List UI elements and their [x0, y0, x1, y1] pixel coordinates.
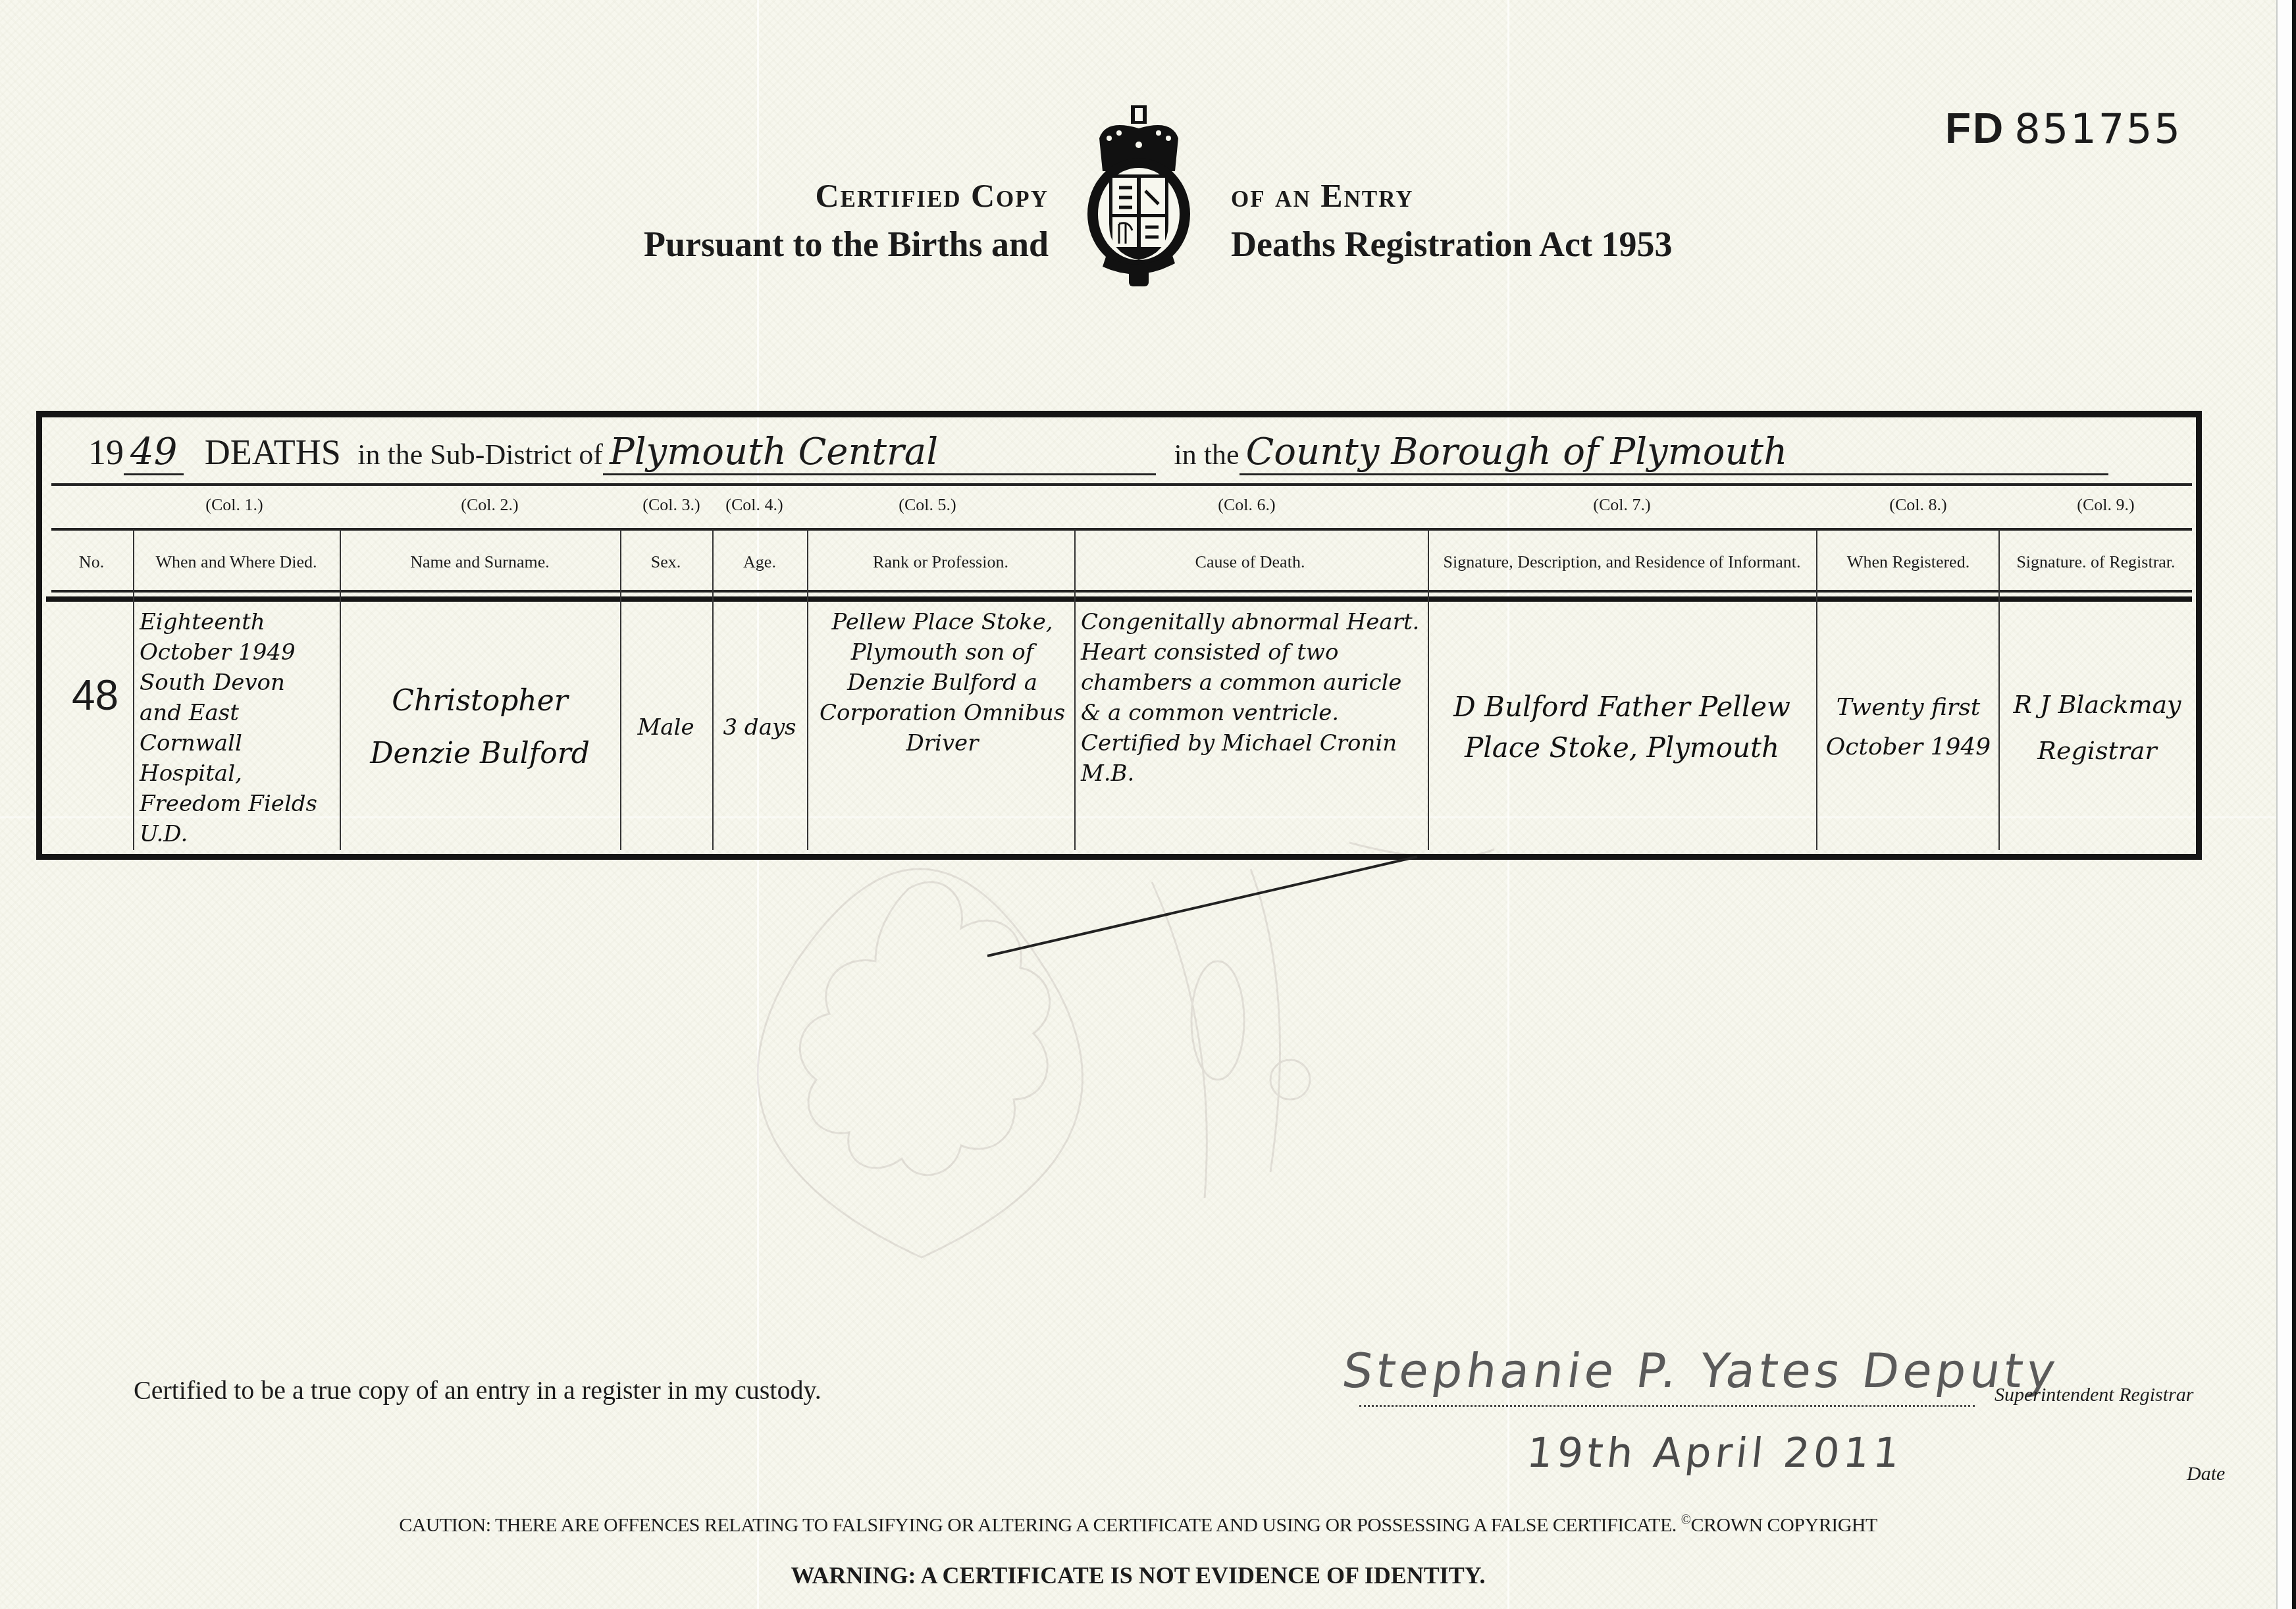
- heading-pursuant: Pursuant to the Births and: [644, 224, 1049, 265]
- warning-notice: WARNING: A CERTIFICATE IS NOT EVIDENCE O…: [0, 1562, 2276, 1589]
- heading-act: Deaths Registration Act 1953: [1231, 224, 1672, 265]
- county-value: County Borough of Plymouth: [1239, 431, 2108, 475]
- serial-number: 851755: [2014, 105, 2182, 153]
- cell-when-registered: Twenty first October 1949: [1823, 607, 1994, 847]
- col-header-registered: When Registered.: [1819, 536, 1997, 589]
- register-title: 1949 DEATHS in the Sub-District ofPlymou…: [88, 431, 2108, 475]
- col-header-when-where: When and Where Died.: [134, 536, 338, 589]
- issue-date: 19th April 2011: [1525, 1429, 1906, 1477]
- col-header-age: Age.: [714, 536, 806, 589]
- scan-margin: [2276, 0, 2293, 1609]
- col-header-sex: Sex.: [621, 536, 710, 589]
- heading-certified-copy: Certified Copy: [815, 176, 1049, 215]
- caution-notice: CAUTION: THERE ARE OFFENCES RELATING TO …: [0, 1513, 2276, 1537]
- signature-line: [1359, 1405, 1975, 1407]
- serial-prefix: FD: [1945, 105, 2005, 152]
- watermark-flower-icon: [757, 830, 1514, 1290]
- certificate-serial: FD851755: [1945, 104, 2182, 153]
- cell-age: 3 days: [717, 607, 802, 847]
- col-header-cause: Cause of Death.: [1076, 536, 1424, 589]
- cell-informant: D Bulford Father Pellew Place Stoke, Ply…: [1434, 607, 1810, 847]
- cell-cause-of-death: Congenitally abnormal Heart. Heart consi…: [1081, 607, 1423, 847]
- col-header-registrar: Signature. of Registrar.: [2000, 536, 2191, 589]
- royal-crest-icon: [1080, 99, 1198, 290]
- col-header-no: No.: [49, 536, 134, 589]
- cell-when-where: Eighteenth October 1949 South Devon and …: [140, 607, 334, 847]
- superintendent-signature: Stephanie P. Yates Deputy: [1339, 1343, 2062, 1398]
- cell-profession: Pellew Place Stoke, Plymouth son of Denz…: [816, 607, 1069, 847]
- col-header-informant: Signature, Description, and Residence of…: [1431, 536, 1813, 589]
- death-register-entry: 1949 DEATHS in the Sub-District ofPlymou…: [36, 411, 2202, 860]
- col-header-name: Name and Surname.: [342, 536, 618, 589]
- copyright-icon: ©: [1681, 1513, 1691, 1527]
- entry-number: 48: [72, 671, 118, 720]
- scan-border: [2292, 0, 2296, 1609]
- subdistrict-value: Plymouth Central: [603, 431, 1156, 475]
- cell-sex: Male: [625, 607, 707, 847]
- cell-name: Christopher Denzie Bulford: [352, 607, 608, 847]
- col-header-profession: Rank or Profession.: [809, 536, 1072, 589]
- date-label: Date: [2187, 1463, 2225, 1485]
- signature-role: Superintendent Registrar: [1995, 1384, 2193, 1406]
- certified-statement: Certified to be a true copy of an entry …: [134, 1375, 822, 1406]
- register-year: 49: [124, 431, 184, 475]
- heading-of-an-entry: of an Entry: [1231, 176, 1413, 215]
- cell-registrar-signature: R J Blackmay Registrar: [2005, 607, 2189, 847]
